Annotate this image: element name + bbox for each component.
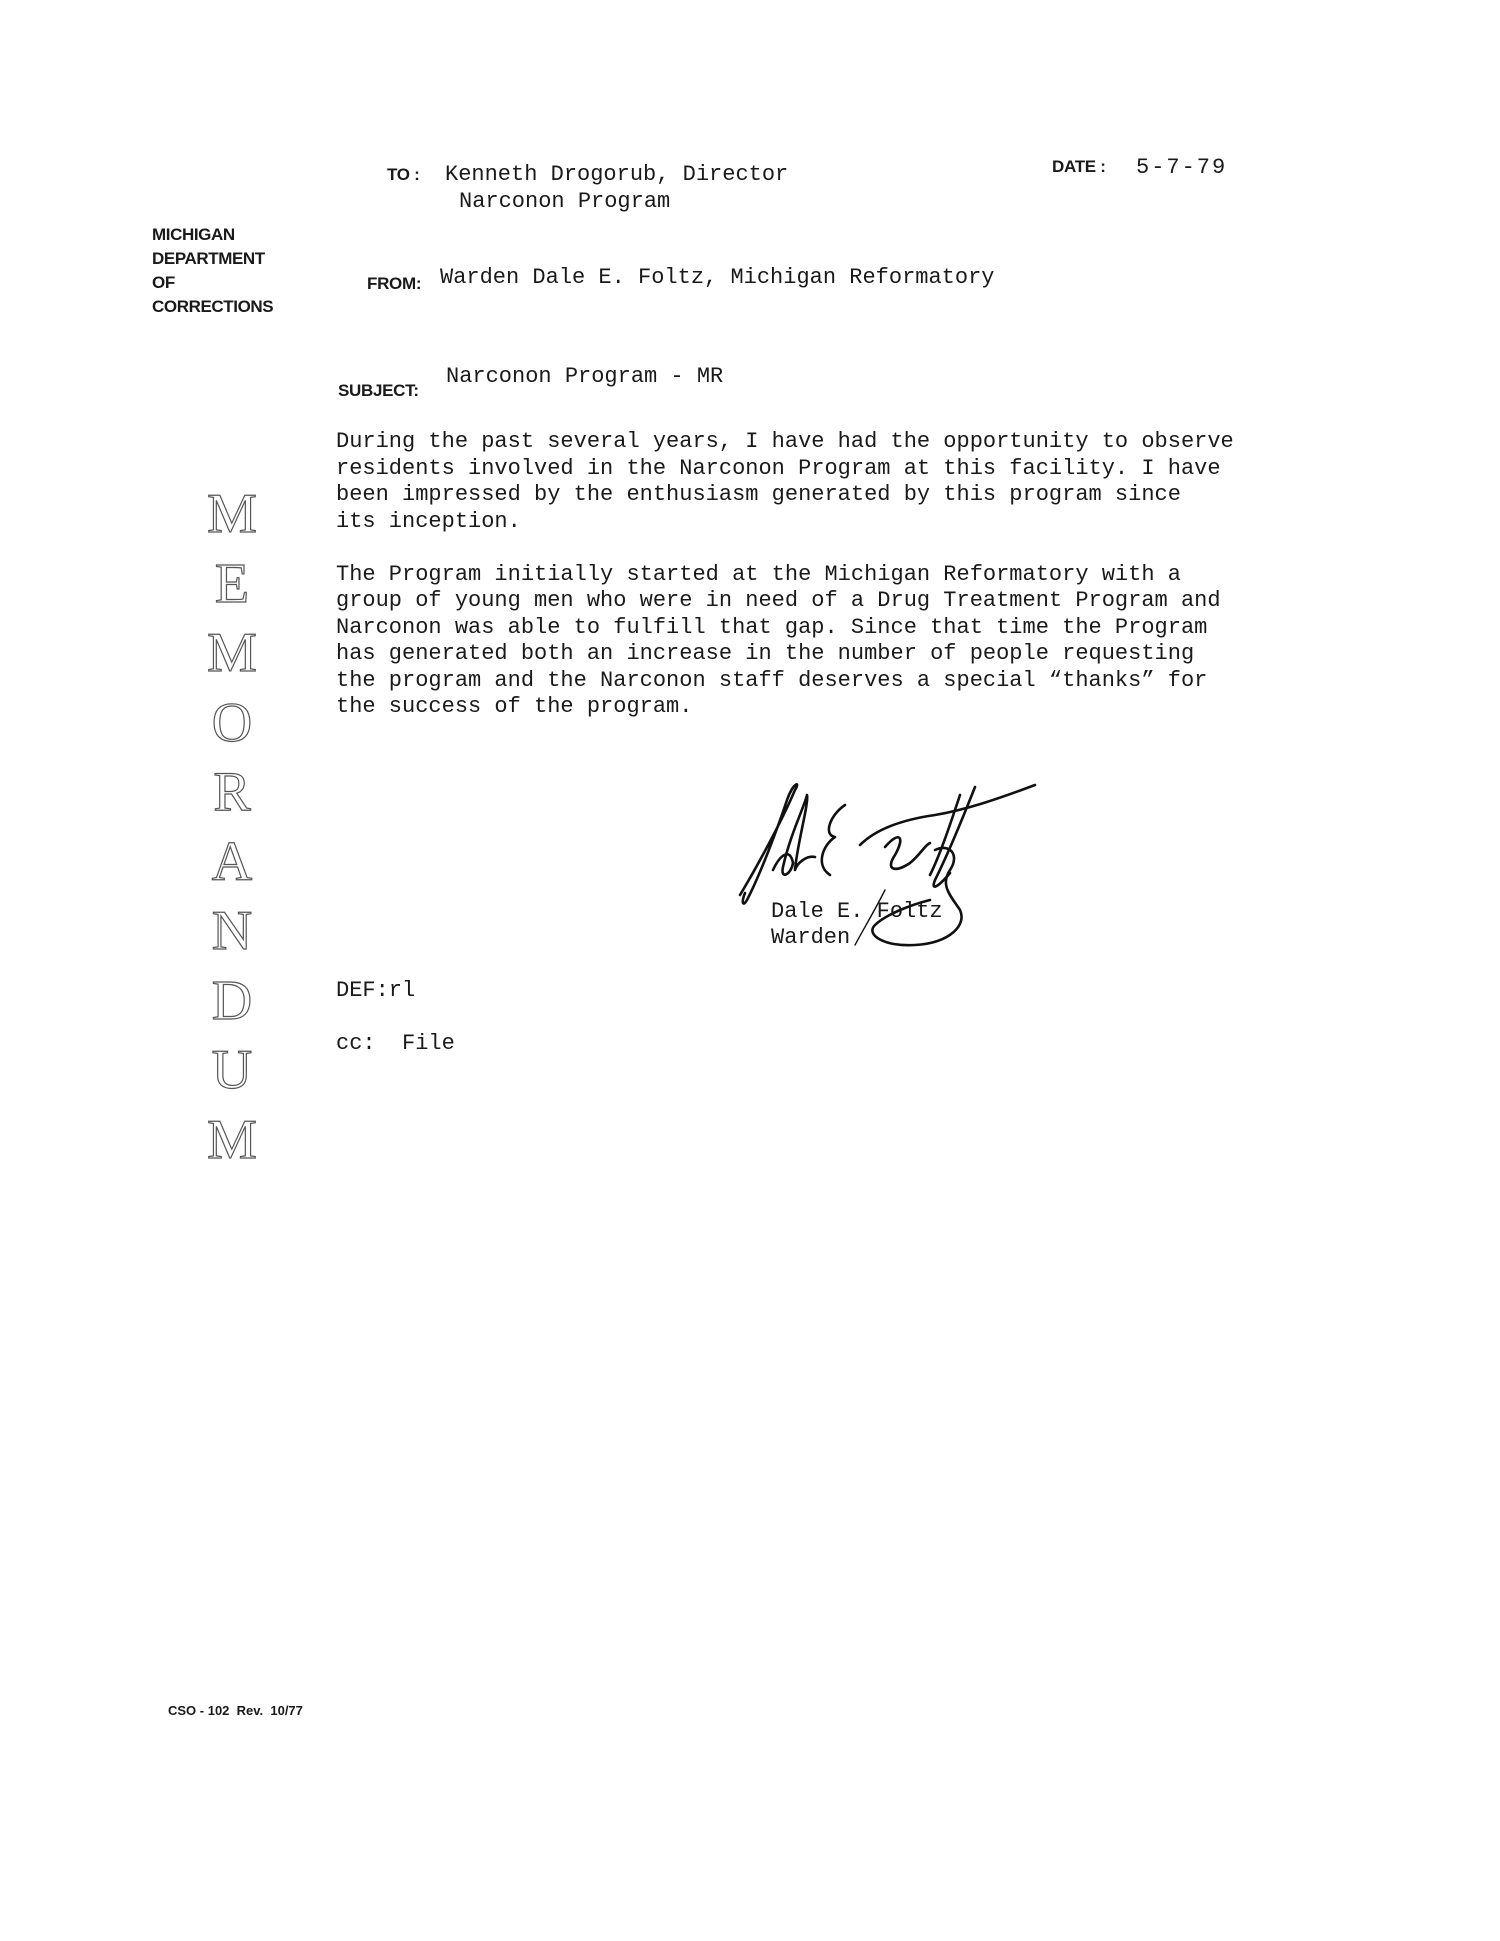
memo-letter: M bbox=[196, 619, 268, 689]
reference-initials: DEF:rl bbox=[336, 978, 415, 1003]
memo-letter: R bbox=[196, 758, 268, 828]
department-line: MICHIGAN bbox=[152, 223, 273, 247]
memo-letter: U bbox=[196, 1036, 268, 1106]
carbon-copy-line: cc: File bbox=[336, 1031, 455, 1056]
date-value: 5-7-79 bbox=[1136, 155, 1227, 180]
memo-body: During the past several years, I have ha… bbox=[336, 429, 1286, 747]
memo-letter: D bbox=[196, 967, 268, 1037]
memorandum-vertical-title: M E M O R A N D U M bbox=[196, 480, 268, 1175]
from-value: Warden Dale E. Foltz, Michigan Reformato… bbox=[440, 265, 995, 290]
to-recipient-organization: Narconon Program bbox=[459, 189, 670, 214]
memo-letter: E bbox=[196, 550, 268, 620]
form-code: CSO - 102 Rev. 10/77 bbox=[168, 1703, 303, 1718]
department-line: CORRECTIONS bbox=[152, 295, 273, 319]
body-paragraph: During the past several years, I have ha… bbox=[336, 429, 1286, 535]
memo-letter: N bbox=[196, 897, 268, 967]
subject-value: Narconon Program - MR bbox=[446, 364, 723, 389]
memo-letter: A bbox=[196, 828, 268, 898]
memo-letter: O bbox=[196, 689, 268, 759]
signer-name: Dale E. Foltz bbox=[771, 899, 943, 925]
department-line: OF bbox=[152, 271, 273, 295]
from-label: FROM: bbox=[367, 274, 421, 294]
signer-title: Warden bbox=[771, 925, 850, 951]
memo-letter: M bbox=[196, 480, 268, 550]
to-recipient: Kenneth Drogorub, Director bbox=[445, 162, 788, 187]
department-name: MICHIGAN DEPARTMENT OF CORRECTIONS bbox=[152, 223, 273, 319]
date-label: DATE : bbox=[1052, 157, 1106, 177]
body-paragraph: The Program initially started at the Mic… bbox=[336, 562, 1286, 721]
department-line: DEPARTMENT bbox=[152, 247, 273, 271]
to-label: TO : bbox=[387, 165, 420, 185]
memo-letter: M bbox=[196, 1106, 268, 1176]
subject-label: SUBJECT: bbox=[338, 381, 419, 401]
